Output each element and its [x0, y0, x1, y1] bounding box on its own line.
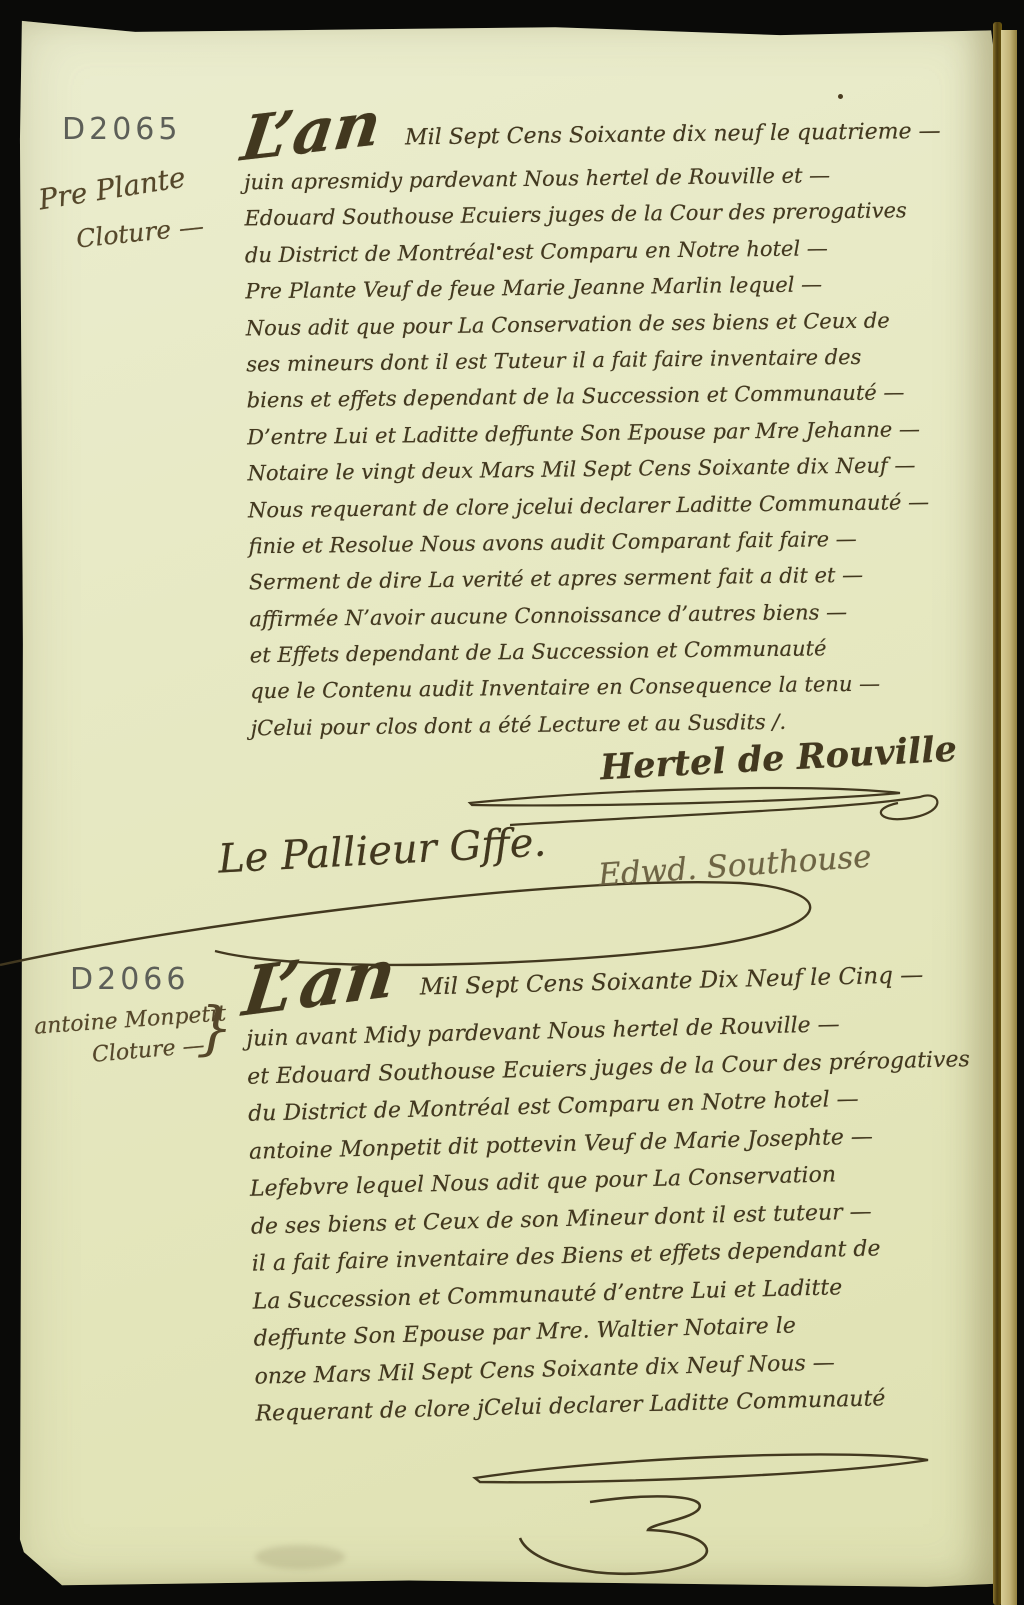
next-page-edge — [1001, 30, 1017, 1605]
bottom-paraph-3-icon — [380, 1440, 940, 1580]
paper-smudge — [255, 1545, 345, 1569]
ink-dot — [838, 94, 843, 99]
manuscript-scan: D2065 Pre Plante Cloture — L’an Mil Sept… — [0, 0, 1024, 1605]
archive-ref-d2066: D2066 — [70, 962, 189, 997]
entry2-initial: L’an — [241, 953, 397, 1012]
entry-d2065: L’an Mil Sept Cens Soixante dix neuf le … — [243, 92, 961, 753]
ink-dot — [497, 246, 501, 250]
entry1-initial: L’an — [239, 104, 382, 160]
margin-brace-icon: } — [196, 994, 233, 1062]
entry-d2066: L’an Mil Sept Cens Soixante Dix Neuf le … — [244, 929, 968, 1439]
archive-ref-d2065: D2065 — [62, 112, 181, 147]
